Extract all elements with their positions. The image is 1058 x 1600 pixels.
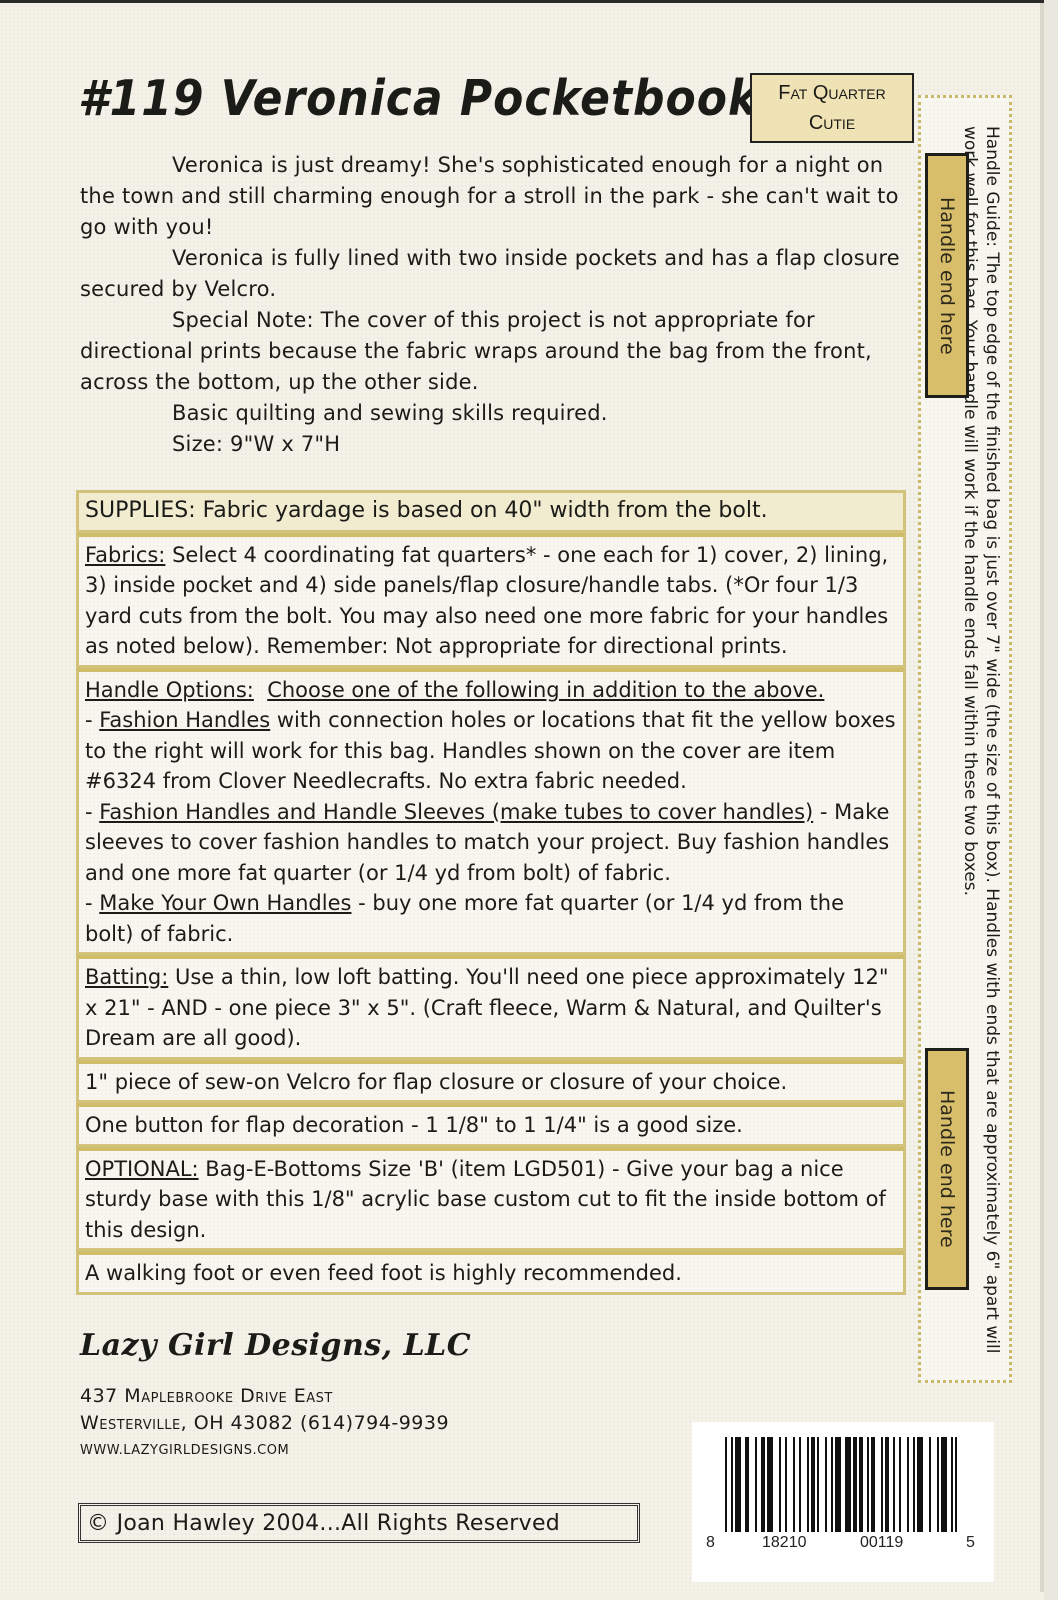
address-line-1: 437 Maplebrooke Drive East — [80, 1385, 333, 1407]
company-logo: Lazy Girl Designs, LLC — [80, 1328, 471, 1363]
fabrics-label: Fabrics: — [85, 543, 165, 567]
batting-label: Batting: — [85, 965, 168, 989]
supplies-fabrics: Fabrics: Select 4 coordinating fat quart… — [76, 533, 906, 668]
handle-end-box-top: Handle end here — [925, 153, 969, 398]
badge-line-2: Cutie — [809, 108, 855, 138]
bullet-dash: - — [85, 891, 99, 915]
option-fashion-handles: Fashion Handles — [99, 708, 270, 732]
option-own-handles: Make Your Own Handles — [99, 891, 351, 915]
barcode-digit-system: 8 — [706, 1534, 715, 1552]
supplies-batting: Batting: Use a thin, low loft batting. Y… — [76, 955, 906, 1060]
supplies-optional: OPTIONAL: Bag-E-Bottoms Size 'B' (item L… — [76, 1147, 906, 1252]
copyright-notice: © Joan Hawley 2004...All Rights Reserved — [78, 1503, 640, 1543]
intro-description: Veronica is just dreamy! She's sophistic… — [80, 150, 900, 460]
supplies-button: One button for flap decoration - 1 1/8" … — [76, 1103, 906, 1147]
supplies-header: SUPPLIES: Fabric yardage is based on 40"… — [76, 490, 906, 533]
address-line-2: Westerville, OH 43082 (614)794-9939 — [80, 1412, 449, 1434]
supplies-walking-foot: A walking foot or even feed foot is high… — [76, 1251, 906, 1295]
supplies-velcro: 1" piece of sew-on Velcro for flap closu… — [76, 1060, 906, 1104]
scan-edge — [0, 0, 1058, 3]
scan-edge — [1044, 0, 1058, 1600]
optional-text: Bag-E-Bottoms Size 'B' (item LGD501) - G… — [85, 1157, 886, 1242]
fat-quarter-cutie-badge: Fat Quarter Cutie — [750, 73, 914, 143]
fabrics-text: Select 4 coordinating fat quarters* - on… — [85, 543, 888, 659]
bullet-dash: - — [85, 708, 99, 732]
handle-end-box-bottom: Handle end here — [925, 1048, 969, 1290]
pattern-title: #119 Veronica Pocketbook — [78, 70, 758, 127]
barcode-bars — [725, 1437, 957, 1532]
skill-level: Basic quilting and sewing skills require… — [80, 398, 900, 429]
supplies-list: SUPPLIES: Fabric yardage is based on 40"… — [76, 490, 906, 1295]
option-handle-sleeves: Fashion Handles and Handle Sleeves (make… — [99, 800, 813, 824]
upc-barcode: 8 18210 00119 5 — [692, 1422, 994, 1582]
pattern-back-cover: #119 Veronica Pocketbook Fat Quarter Cut… — [0, 0, 1044, 1592]
optional-label: OPTIONAL: — [85, 1157, 199, 1181]
intro-paragraph: Veronica is fully lined with two inside … — [80, 243, 900, 305]
finished-size: Size: 9"W x 7"H — [80, 429, 900, 460]
barcode-digits-right: 00119 — [860, 1534, 903, 1552]
batting-text: Use a thin, low loft batting. You'll nee… — [85, 965, 889, 1050]
bullet-dash: - — [85, 800, 99, 824]
badge-line-1: Fat Quarter — [778, 78, 886, 108]
handle-options-instruction: Choose one of the following in addition … — [267, 678, 824, 702]
special-note: Special Note: The cover of this project … — [80, 305, 900, 398]
intro-paragraph: Veronica is just dreamy! She's sophistic… — [80, 150, 900, 243]
supplies-handle-options: Handle Options: Choose one of the follow… — [76, 668, 906, 956]
handle-options-label: Handle Options: — [85, 678, 254, 702]
website-url: WWW.LAZYGIRLDESIGNS.COM — [80, 1443, 289, 1458]
barcode-digits-left: 18210 — [762, 1534, 807, 1552]
barcode-check-digit: 5 — [966, 1534, 975, 1552]
